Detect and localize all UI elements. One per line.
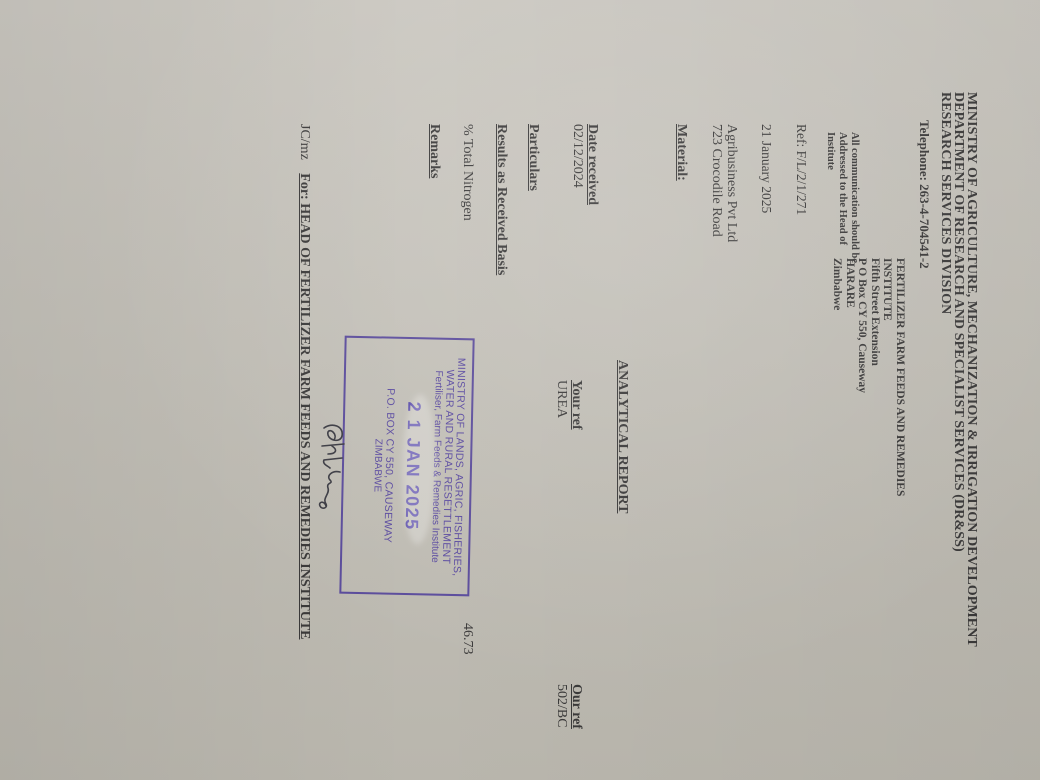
our-ref: Our ref 502/BC — [554, 684, 584, 729]
signatory-line: For: HEAD OF FERTILIZER FARM FEEDS AND R… — [297, 173, 312, 639]
your-ref-value: UREA — [554, 380, 569, 430]
recipient-street: 723 Crocodile Road — [709, 124, 724, 242]
material-label: Material: — [673, 124, 689, 181]
date-received-label: Date received — [585, 124, 600, 205]
footer: JC/mz For: HEAD OF FERTILIZER FARM FEEDS… — [296, 124, 312, 640]
telephone: Telephone: 263-4-704541-2 — [916, 120, 932, 269]
address-line: INSTITUTE — [881, 258, 894, 496]
address-line: Fifth Street Extension — [869, 258, 882, 496]
our-ref-label: Our ref — [569, 684, 584, 729]
recipient-address: Agribusiness Pvt Ltd 723 Crocodile Road — [709, 124, 739, 242]
recipient-company: Agribusiness Pvt Ltd — [724, 124, 739, 242]
note-line: Addressed to the Head of — [836, 132, 848, 263]
report-title: ANALYTICAL REPORT — [614, 360, 630, 513]
address-line: HARARE — [844, 258, 857, 496]
reference-number: Ref: F/L/2/1/271 — [793, 124, 809, 215]
particulars-label: Particulars — [525, 124, 541, 191]
remarks-label: Remarks — [426, 124, 442, 178]
your-ref: Your ref UREA — [554, 380, 584, 430]
result-parameter: % Total Nitrogen — [459, 124, 475, 221]
address-line: P O Box CY 550, Causeway — [856, 258, 869, 496]
institute-address: FERTILIZER FARM FEEDS AND REMEDIES INSTI… — [831, 258, 906, 496]
results-label: Results as Received Basis — [493, 124, 509, 275]
date-received-value: 02/12/2024 — [570, 124, 585, 205]
analytical-report-page: MINISTRY OF AGRICULTURE, MECHANIZATION &… — [0, 0, 1040, 780]
result-value: 46.73 — [459, 623, 475, 655]
signature-icon — [312, 420, 352, 540]
note-line: Institute — [824, 132, 836, 263]
official-stamp: MINISTRY OF LANDS, AGRIC, FISHERIES, WAT… — [339, 336, 474, 597]
typist-initials: JC/mz — [297, 124, 312, 160]
our-ref-value: 502/BC — [554, 684, 569, 729]
letterhead: MINISTRY OF AGRICULTURE, MECHANIZATION &… — [939, 92, 978, 647]
your-ref-label: Your ref — [569, 380, 584, 430]
note-line: All communication should be — [848, 132, 860, 263]
address-line: Zimbabwe — [831, 258, 844, 496]
date-received: Date received 02/12/2024 — [570, 124, 600, 205]
letter-date: 21 January 2025 — [758, 124, 774, 213]
communication-note: All communication should be Addressed to… — [824, 132, 860, 263]
ministry-name: MINISTRY OF AGRICULTURE, MECHANIZATION &… — [965, 92, 978, 647]
address-line: FERTILIZER FARM FEEDS AND REMEDIES — [894, 258, 907, 496]
